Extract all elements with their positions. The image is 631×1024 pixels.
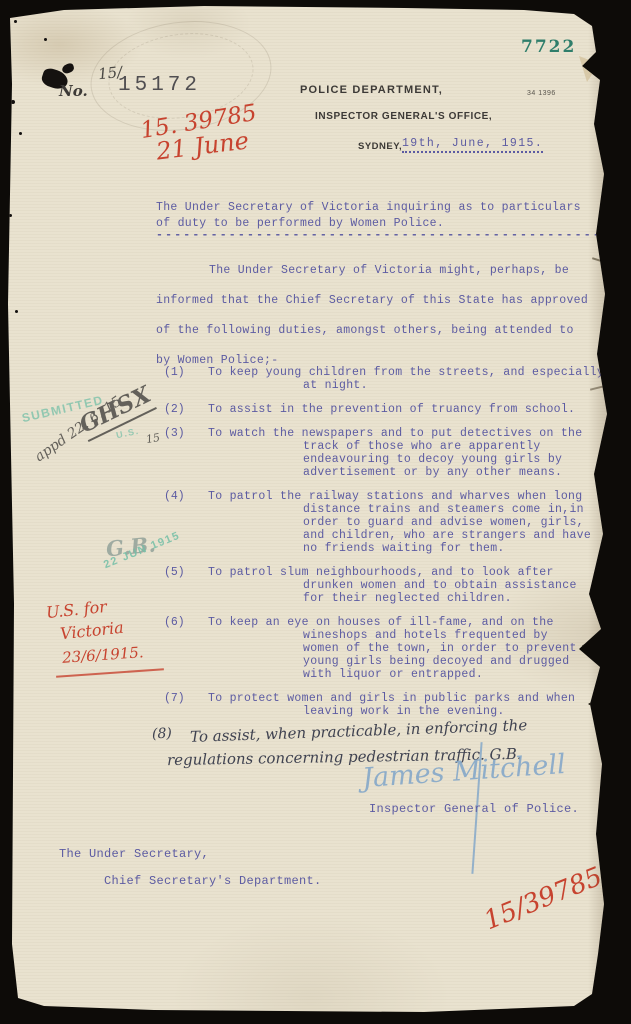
subject-divider: ----------------------------------------… bbox=[156, 229, 631, 242]
pencil-15: 15 bbox=[145, 431, 161, 446]
duty-item-7: (7) To protect women and girls in public… bbox=[164, 692, 604, 718]
addressee-line-2: Chief Secretary's Department. bbox=[104, 874, 322, 888]
file-number: 15172 bbox=[118, 74, 201, 97]
addressee-line-1: The Under Secretary, bbox=[59, 847, 209, 861]
duty-line: advertisement or by any other means. bbox=[208, 466, 604, 479]
duty-item-6: (6) To keep an eye on houses of ill-fame… bbox=[164, 616, 604, 681]
duty-line: To keep young children from the streets,… bbox=[208, 366, 604, 379]
registry-number-stamp: 7722 bbox=[521, 37, 576, 57]
duty-line: track of those who are apparently bbox=[208, 440, 604, 453]
paper-crease bbox=[592, 257, 604, 263]
red-victoria: Victoria bbox=[59, 618, 124, 644]
duty-line: To keep an eye on houses of ill-fame, an… bbox=[208, 616, 604, 629]
ink-speck bbox=[19, 132, 22, 135]
red-underline-flourish bbox=[56, 668, 164, 678]
ink-blot-small bbox=[61, 62, 75, 75]
no-label: No. bbox=[59, 82, 88, 100]
duty-line: and children, who are strangers and have bbox=[208, 529, 604, 542]
ink-speck bbox=[11, 100, 15, 104]
duty-number: (7) bbox=[164, 692, 208, 718]
ink-speck bbox=[15, 310, 18, 313]
duty-line: for their neglected children. bbox=[208, 592, 604, 605]
duty-line: women of the town, in order to prevent bbox=[208, 642, 604, 655]
form-code: 34 1396 bbox=[527, 90, 556, 97]
duty-number: (3) bbox=[164, 427, 208, 479]
red-us-for: U.S. for bbox=[45, 597, 108, 622]
duty-line: drunken women and to obtain assistance bbox=[208, 579, 604, 592]
duty-item-4: (4) To patrol the railway stations and w… bbox=[164, 490, 604, 555]
us-stamp-small: U.S. bbox=[115, 426, 140, 441]
ink-speck bbox=[44, 38, 47, 41]
duties-list: (1) To keep young children from the stre… bbox=[164, 366, 604, 729]
paper-tear-flap bbox=[579, 56, 599, 82]
duty-number: (4) bbox=[164, 490, 208, 555]
duty-line: distance trains and steamers come in,in bbox=[208, 503, 604, 516]
red-date-annotation: 23/6/1915. bbox=[61, 643, 144, 667]
letterhead-city: SYDNEY, bbox=[358, 141, 402, 152]
duty-number: (6) bbox=[164, 616, 208, 681]
duty-line: no friends waiting for them. bbox=[208, 542, 604, 555]
document-page: 7722 34 1396 No. 15/ 15172 POLICE DEPART… bbox=[4, 4, 618, 1018]
duty-line: endeavouring to decoy young girls by bbox=[208, 453, 604, 466]
duty-number: (1) bbox=[164, 366, 208, 392]
duty-item-5: (5) To patrol slum neighbourhoods, and t… bbox=[164, 566, 604, 605]
duty-line: To assist in the prevention of truancy f… bbox=[208, 403, 604, 416]
ink-speck bbox=[9, 214, 12, 217]
red-number-bottom: 15/39785 bbox=[480, 862, 607, 936]
duty-line: wineshops and hotels frequented by bbox=[208, 629, 604, 642]
duty-line: at night. bbox=[208, 379, 604, 392]
duty-line: To watch the newspapers and to put detec… bbox=[208, 427, 604, 440]
date-line: 19th, June, 1915. bbox=[402, 137, 543, 150]
duty-item-8-number: (8) bbox=[152, 726, 172, 743]
duty-line: To protect women and girls in public par… bbox=[208, 692, 604, 705]
letterhead-department: POLICE DEPARTMENT, bbox=[300, 84, 443, 96]
subject-line-1: The Under Secretary of Victoria inquirin… bbox=[156, 200, 581, 216]
duty-line: with liquor or entrapped. bbox=[208, 668, 604, 681]
paragraph-line: of the following duties, amongst others,… bbox=[156, 316, 574, 346]
duty-number: (2) bbox=[164, 403, 208, 416]
duty-line: To patrol the railway stations and wharv… bbox=[208, 490, 604, 503]
duty-number: (5) bbox=[164, 566, 208, 605]
letterhead-office: INSPECTOR GENERAL'S OFFICE, bbox=[315, 111, 492, 122]
duty-line: leaving work in the evening. bbox=[208, 705, 604, 718]
date-value: 19th, June, 1915. bbox=[402, 137, 543, 153]
ink-speck bbox=[14, 20, 17, 23]
duty-item-3: (3) To watch the newspapers and to put d… bbox=[164, 427, 604, 479]
duty-line: To patrol slum neighbourhoods, and to lo… bbox=[208, 566, 604, 579]
signature-title: Inspector General of Police. bbox=[369, 802, 579, 816]
duty-line: order to guard and advise women, girls, bbox=[208, 516, 604, 529]
paragraph-line: informed that the Chief Secretary of thi… bbox=[156, 286, 588, 316]
paragraph-line: The Under Secretary of Victoria might, p… bbox=[209, 256, 569, 286]
duty-line: young girls being decoyed and drugged bbox=[208, 655, 604, 668]
duty-item-2: (2) To assist in the prevention of truan… bbox=[164, 403, 604, 416]
duty-item-1: (1) To keep young children from the stre… bbox=[164, 366, 604, 392]
